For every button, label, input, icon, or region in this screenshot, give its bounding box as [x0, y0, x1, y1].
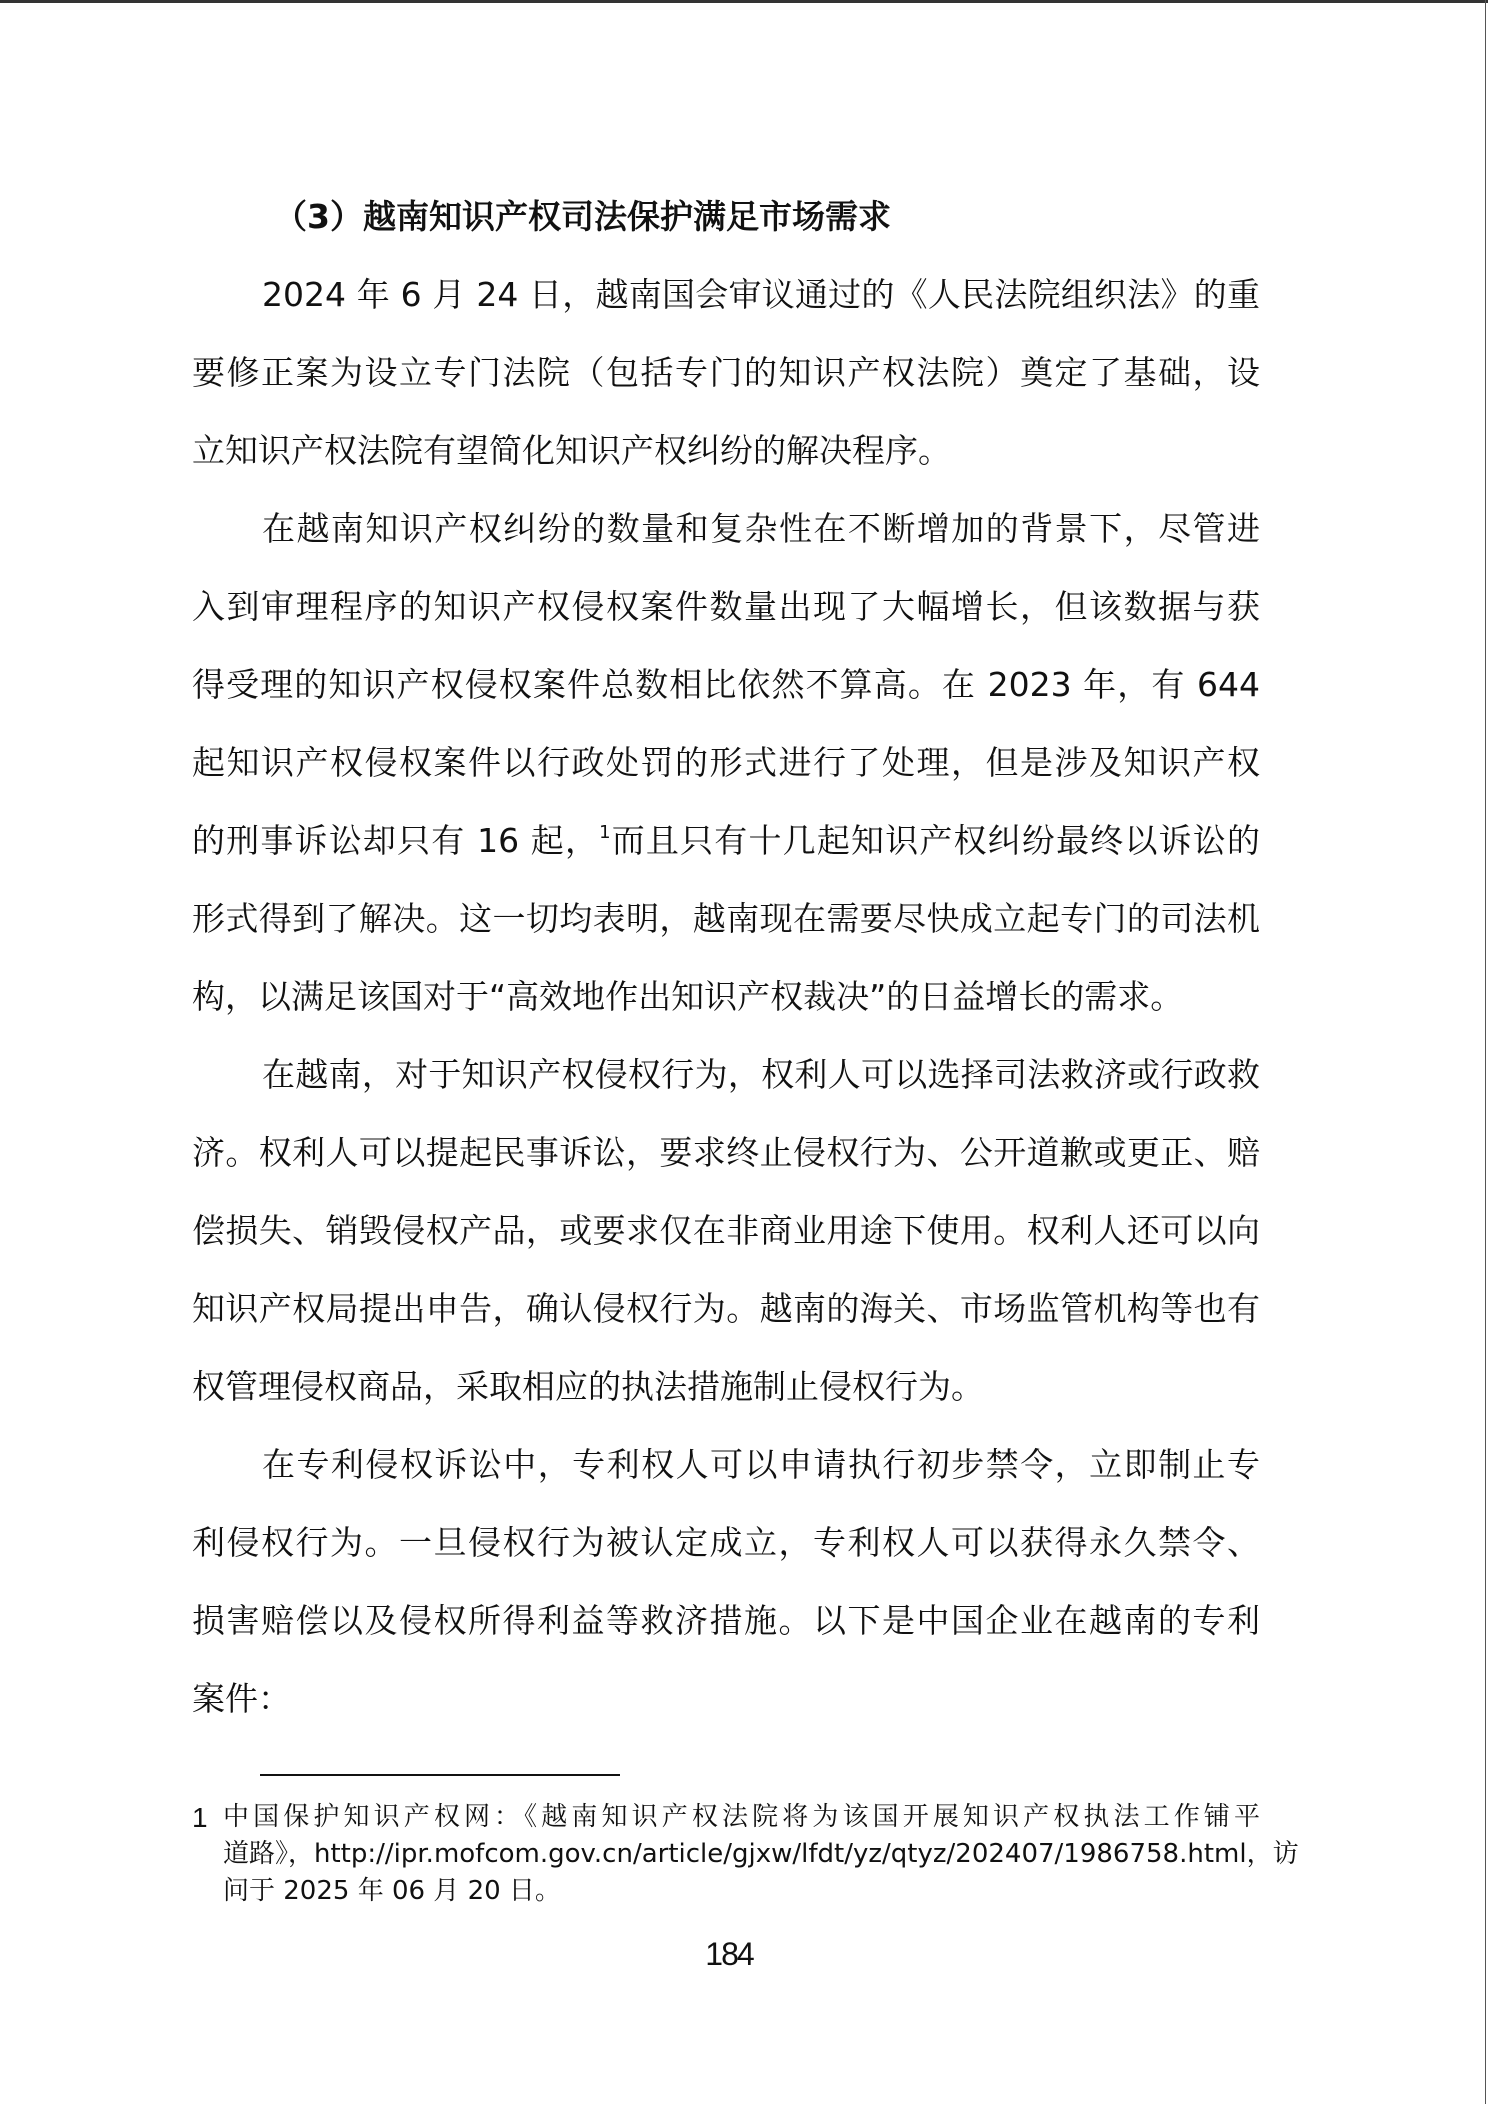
paragraph-line: 权管理侵权商品，采取相应的执法措施制止侵权行为。: [192, 1348, 1260, 1426]
paragraph-line: 在越南知识产权纠纷的数量和复杂性在不断增加的背景下，尽管进: [192, 490, 1260, 568]
paragraph-line: 损害赔偿以及侵权所得利益等救济措施。以下是中国企业在越南的专利: [192, 1582, 1260, 1660]
paragraph-4: 在专利侵权诉讼中，专利权人可以申请执行初步禁令，立即制止专 利侵权行为。一旦侵权…: [192, 1426, 1260, 1738]
page-number: 184: [0, 1936, 1458, 1973]
paragraph-line: 构，以满足该国对于“高效地作出知识产权裁决”的日益增长的需求。: [192, 958, 1260, 1036]
page-top-border: [0, 0, 1488, 3]
footnote-line: 中国保护知识产权网：《越南知识产权法院将为该国开展知识产权执法工作铺平: [223, 1799, 1260, 1836]
footnotes: 1 中国保护知识产权网：《越南知识产权法院将为该国开展知识产权执法工作铺平 道路…: [192, 1799, 1260, 1910]
paragraph-line: 2024 年 6 月 24 日，越南国会审议通过的《人民法院组织法》的重: [192, 256, 1260, 334]
page-body: （3）越南知识产权司法保护满足市场需求 2024 年 6 月 24 日，越南国会…: [192, 178, 1260, 1738]
footnote-1: 1 中国保护知识产权网：《越南知识产权法院将为该国开展知识产权执法工作铺平 道路…: [192, 1799, 1260, 1910]
line-segment: 的刑事诉讼却只有 16 起，: [192, 821, 599, 860]
paragraph-3: 在越南，对于知识产权侵权行为，权利人可以选择司法救济或行政救 济。权利人可以提起…: [192, 1036, 1260, 1426]
paragraph-line: 得受理的知识产权侵权案件总数相比依然不算高。在 2023 年，有 644: [192, 646, 1260, 724]
footnote-reference[interactable]: 1: [599, 822, 610, 843]
paragraph-line: 利侵权行为。一旦侵权行为被认定成立，专利权人可以获得永久禁令、: [192, 1504, 1260, 1582]
paragraph-line: 偿损失、销毁侵权产品，或要求仅在非商业用途下使用。权利人还可以向: [192, 1192, 1260, 1270]
footnote-separator: [260, 1774, 620, 1776]
paragraph-line: 起知识产权侵权案件以行政处罚的形式进行了处理，但是涉及知识产权: [192, 724, 1260, 802]
footnote-line-link[interactable]: 道路》，http://ipr.mofcom.gov.cn/article/gjx…: [223, 1836, 1260, 1873]
paragraph-line: 在专利侵权诉讼中，专利权人可以申请执行初步禁令，立即制止专: [192, 1426, 1260, 1504]
paragraph-line: 形式得到了解决。这一切均表明，越南现在需要尽快成立起专门的司法机: [192, 880, 1260, 958]
paragraph-line: 知识产权局提出申告，确认侵权行为。越南的海关、市场监管机构等也有: [192, 1270, 1260, 1348]
footnote-line: 问于 2025 年 06 月 20 日。: [223, 1873, 1260, 1910]
paragraph-line: 立知识产权法院有望简化知识产权纠纷的解决程序。: [192, 412, 1260, 490]
section-heading: （3）越南知识产权司法保护满足市场需求: [192, 178, 1260, 256]
line-segment: 而且只有十几起知识产权纠纷最终以诉讼的: [611, 821, 1260, 860]
footnote-number: 1: [192, 1799, 208, 1836]
paragraph-line: 入到审理程序的知识产权侵权案件数量出现了大幅增长，但该数据与获: [192, 568, 1260, 646]
paragraph-line: 要修正案为设立专门法院（包括专门的知识产权法院）奠定了基础，设: [192, 334, 1260, 412]
paragraph-line: 济。权利人可以提起民事诉讼，要求终止侵权行为、公开道歉或更正、赔: [192, 1114, 1260, 1192]
paragraph-2: 在越南知识产权纠纷的数量和复杂性在不断增加的背景下，尽管进 入到审理程序的知识产…: [192, 490, 1260, 1036]
page-right-border: [1485, 0, 1486, 2104]
paragraph-1: 2024 年 6 月 24 日，越南国会审议通过的《人民法院组织法》的重 要修正…: [192, 256, 1260, 490]
paragraph-line: 案件：: [192, 1660, 1260, 1738]
paragraph-line: 在越南，对于知识产权侵权行为，权利人可以选择司法救济或行政救: [192, 1036, 1260, 1114]
paragraph-line: 的刑事诉讼却只有 16 起，1而且只有十几起知识产权纠纷最终以诉讼的: [192, 802, 1260, 880]
